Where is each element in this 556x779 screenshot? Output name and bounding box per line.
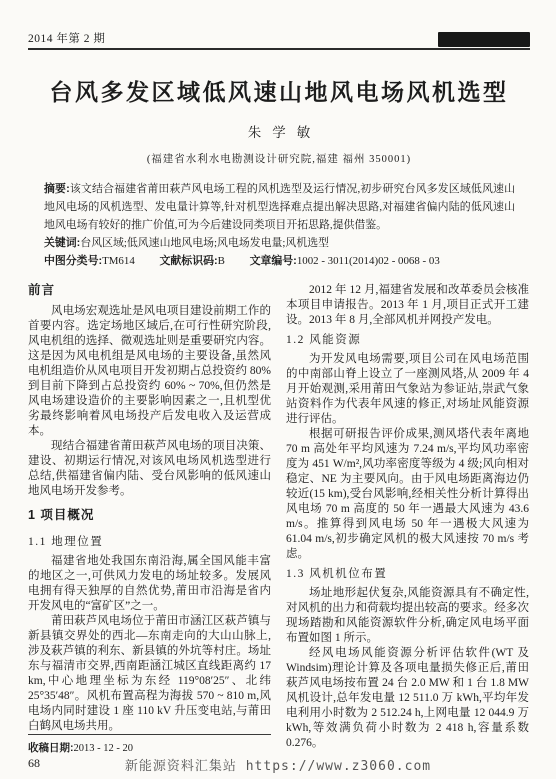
section-1-2-heading: 1.2 风能资源 xyxy=(286,333,529,348)
section-1-1-heading: 1.1 地理位置 xyxy=(28,535,271,550)
author-name: 朱学敏 xyxy=(28,121,530,141)
section-1-heading: 1 项目概况 xyxy=(28,508,271,523)
section-1-3-heading: 1.3 风机机位布置 xyxy=(286,567,529,582)
left-column: 前言 风电场宏观选址是风电项目建设前期工作的首要内容。选定场地区域后,在可行性研… xyxy=(28,283,271,771)
two-column-body: 前言 风电场宏观选址是风电项目建设前期工作的首要内容。选定场地区域后,在可行性研… xyxy=(28,283,530,771)
clc-pair: 中图分类号:TM614 xyxy=(44,255,135,267)
meta-line: 中图分类号:TM614 文献标识码:B 文章编号:1002 - 3011(201… xyxy=(44,252,515,270)
journal-page: 2014 年第 2 期 台风多发区域低风速山地风电场风机选型 朱学敏 (福建省水… xyxy=(0,0,556,779)
paragraph: 场址地形起伏复杂,风能资源具有不确定性,对风机的出力和荷载均提出较高的要求。经多… xyxy=(286,586,529,646)
keywords-line: 关键词:台风区域;低风速山地风电场;风电场发电量;风机选型 xyxy=(44,234,515,252)
paragraph: 现结合福建省莆田萩芦风电场的项目决策、建设、初期运行情况,对该风电场风机选型进行… xyxy=(28,439,271,499)
abstract-section: 摘要:该文结合福建省莆田萩芦风电场工程的风机选型及运行情况,初步研究台风多发区域… xyxy=(44,180,515,270)
affiliation: (福建省水利水电勘测设计研究院,福建 福州 350001) xyxy=(28,151,530,166)
clc-label: 中图分类号: xyxy=(44,255,102,267)
abstract-text: 该文结合福建省莆田萩芦风电场工程的风机选型及运行情况,初步研究台风多发区域低风速… xyxy=(44,183,515,231)
abstract-label: 摘要: xyxy=(44,183,70,195)
clc-value: TM614 xyxy=(102,255,135,267)
issue-label: 2014 年第 2 期 xyxy=(28,30,105,46)
doc-code-pair: 文献标识码:B xyxy=(160,255,225,267)
page-title: 台风多发区域低风速山地风电场风机选型 xyxy=(28,74,530,107)
preface-heading: 前言 xyxy=(28,283,271,298)
paragraph: 莆田萩芦风电场位于莆田市涵江区萩芦镇与新县镇交界处的西北—东南走向的大山山脉上,… xyxy=(28,614,271,734)
paragraph: 根据可研报告评价成果,测风塔代表年离地 70 m 高处年平均风速为 7.24 m… xyxy=(286,427,529,562)
right-column: 2012 年 12 月,福建省发展和改革委员会核准本项目申请报告。2013 年 … xyxy=(286,283,529,771)
doc-code-label: 文献标识码: xyxy=(160,255,218,267)
received-date-value: 2013 - 12 - 20 xyxy=(74,743,134,754)
article-no-value: 1002 - 3011(2014)02 - 0068 - 03 xyxy=(297,255,440,267)
page-header: 2014 年第 2 期 xyxy=(28,30,530,50)
article-no-label: 文章编号: xyxy=(250,255,297,267)
journal-logo-redacted xyxy=(438,32,530,47)
article-no-pair: 文章编号:1002 - 3011(2014)02 - 0068 - 03 xyxy=(250,255,440,267)
watermark-text: 新能源资料汇集站 https://www.z3060.com xyxy=(0,755,556,774)
abstract-paragraph: 摘要:该文结合福建省莆田萩芦风电场工程的风机选型及运行情况,初步研究台风多发区域… xyxy=(44,180,515,234)
paragraph: 风电场宏观选址是风电项目建设前期工作的首要内容。选定场地区域后,在可行性研究阶段… xyxy=(28,304,271,439)
paragraph: 福建省地处我国东南沿海,属全国风能丰富的地区之一,可供风力发电的场址较多。发展风… xyxy=(28,554,271,614)
doc-code-value: B xyxy=(218,255,225,267)
paragraph: 经风电场风能资源分析评估软件(WT 及 Windsim)理论计算及各项电量损失修… xyxy=(286,646,529,751)
paragraph: 为开发风电场需要,项目公司在风电场范围的中南部山脊上设立了一座测风塔,从 200… xyxy=(286,352,529,427)
paragraph: 2012 年 12 月,福建省发展和改革委员会核准本项目申请报告。2013 年 … xyxy=(286,283,529,328)
received-date-label: 收稿日期: xyxy=(28,742,74,754)
keywords-label: 关键词: xyxy=(44,237,80,249)
keywords-text: 台风区域;低风速山地风电场;风电场发电量;风机选型 xyxy=(80,237,329,249)
